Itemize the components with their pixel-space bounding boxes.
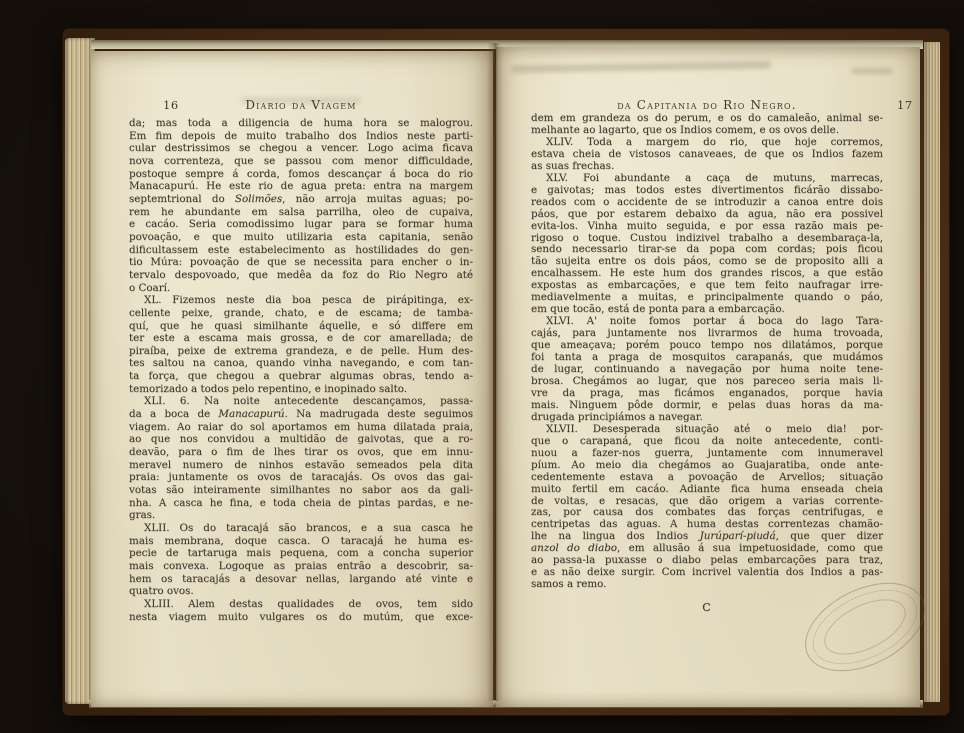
running-title-right: da Capitania do Rio Negro. xyxy=(617,98,797,112)
text-line: XLII. Os do taracajá são brancos, e a su… xyxy=(129,522,473,535)
page-number-left: 16 xyxy=(163,98,179,112)
text-line: tes saltou na canoa, quando vinha navega… xyxy=(129,357,473,370)
text-line: votas são inteiramente similhantes no sa… xyxy=(129,484,473,497)
text-line: ao que nos convidou a multidão de gaivot… xyxy=(129,433,473,446)
text-line: o Coarí. xyxy=(129,282,473,295)
text-line: XLV. Foi abundante a caça de mutuns, mar… xyxy=(531,173,883,185)
text-line: reados com o accidente de se introduzir … xyxy=(531,197,883,209)
bleedthrough-smudge xyxy=(511,61,771,74)
text-line: quí, que he quasi similhante áquelle, e … xyxy=(129,320,473,333)
text-line: drugada principiámos a navegar. xyxy=(531,412,883,424)
text-line: pecie de tartaruga mais pequena, com a c… xyxy=(129,547,473,560)
text-line: XLIII. Alem destas qualidades de ovos, t… xyxy=(129,598,473,611)
left-page: 16 Diario da Viagem da; mas toda a dilig… xyxy=(91,51,493,707)
left-page-body: da; mas toda a diligencia de huma hora s… xyxy=(129,117,473,623)
text-line: páos, que por estarem debaixo da agua, n… xyxy=(531,209,883,221)
text-line: nha. A casca he fina, e toda cheia de pi… xyxy=(129,497,473,510)
text-line: as suas frechas. xyxy=(531,161,883,173)
text-line: XL. Fizemos neste dia boa pesca de piráp… xyxy=(129,294,473,307)
right-page-body: dem em grandeza os do perum, e os do cam… xyxy=(531,113,883,614)
text-line: Em fim depois de muito trabalho dos Indi… xyxy=(129,130,473,143)
text-line: ter este a escama mais grossa, e de cor … xyxy=(129,332,473,345)
text-line: Manacapurú. He este rio de agua preta: e… xyxy=(129,180,473,193)
right-page: da Capitania do Rio Negro. 17 dem em gra… xyxy=(496,47,920,707)
text-line: samos a remo. xyxy=(531,579,883,591)
text-line: muito fertil em cacáo. Adiante fica huma… xyxy=(531,484,883,496)
text-line: cellente peixe, grande, chato, e de esca… xyxy=(129,307,473,320)
text-line: que o carapaná, que ficou da noite antec… xyxy=(531,436,883,448)
text-line: gras. xyxy=(129,509,473,522)
text-line: XLVII. Desesperada situação até o meio d… xyxy=(531,424,883,436)
text-line: cular destrissimos se chegou a vencer. L… xyxy=(129,142,473,155)
text-line: quatro ovos. xyxy=(129,585,473,598)
text-line: deavão, para o fim de lhes tirar os ovos… xyxy=(129,446,473,459)
text-line: hem os taracajás a desovar nellas, larga… xyxy=(129,573,473,586)
text-line: evita-los. Vinha muito seguida, e por es… xyxy=(531,221,883,233)
text-line: viagem. Ao raiar do sol aportamos em hum… xyxy=(129,421,473,434)
text-line: ta força, que chegou a quebrar algumas o… xyxy=(129,370,473,383)
text-line: nuou a fazer-nos guerra, juntamente com … xyxy=(531,448,883,460)
text-line: tervalo despovoado, que medêa da foz do … xyxy=(129,269,473,282)
running-title-left: Diario da Viagem xyxy=(245,98,356,112)
text-line: piraíba, peixe de extrema grandeza, e de… xyxy=(129,345,473,358)
text-line: píum. Ao meio dia chegámos ao Guajaratib… xyxy=(531,460,883,472)
page-fore-edge-right xyxy=(924,42,940,702)
text-line: povoação, e que muito utilizaria esta ca… xyxy=(129,231,473,244)
text-line: nova correnteza, que se passou com menor… xyxy=(129,155,473,168)
text-line: praia: juntamente os ovos de taracajás. … xyxy=(129,471,473,484)
text-line: mais membrana, doque casca. O taracajá h… xyxy=(129,535,473,548)
text-line: temorizado a todos pelo repentino, e ino… xyxy=(129,383,473,396)
book-scan: 16 Diario da Viagem da; mas toda a dilig… xyxy=(0,0,964,733)
text-line: rem he abundante em salsa parrilha, oleo… xyxy=(129,206,473,219)
text-line: postoque sempre á corda, fomos descançar… xyxy=(129,168,473,181)
text-line: mais convexa. Logoque as praias entrão a… xyxy=(129,560,473,573)
text-line: da a boca de Manacapurú. Na madrugada de… xyxy=(129,408,473,421)
text-line: e gaivotas; mas todos estes divertimento… xyxy=(531,185,883,197)
bleedthrough-smudge xyxy=(851,68,893,74)
text-line: XLI. 6. Na noite antecedente descançamos… xyxy=(129,395,473,408)
text-line: da; mas toda a diligencia de huma hora s… xyxy=(129,117,473,130)
text-line: cedentemente estava a povoação de Arvell… xyxy=(531,472,883,484)
text-line: nesta viagem muito vulgares os do mutúm,… xyxy=(129,611,473,624)
page-number-right: 17 xyxy=(897,98,913,112)
text-line: meravel numero de ninhos estavão semeado… xyxy=(129,459,473,472)
text-line: septemtrional do Solimões, não arroja mu… xyxy=(129,193,473,206)
book: 16 Diario da Viagem da; mas toda a dilig… xyxy=(62,28,950,716)
text-line: dificultassem este estabelecimento as ho… xyxy=(129,244,473,257)
text-line: e cacáo. Seria comodissimo lugar para se… xyxy=(129,218,473,231)
left-page-header: 16 Diario da Viagem xyxy=(129,98,473,114)
text-line: tio Múra: povoação de que se necessita p… xyxy=(129,256,473,269)
